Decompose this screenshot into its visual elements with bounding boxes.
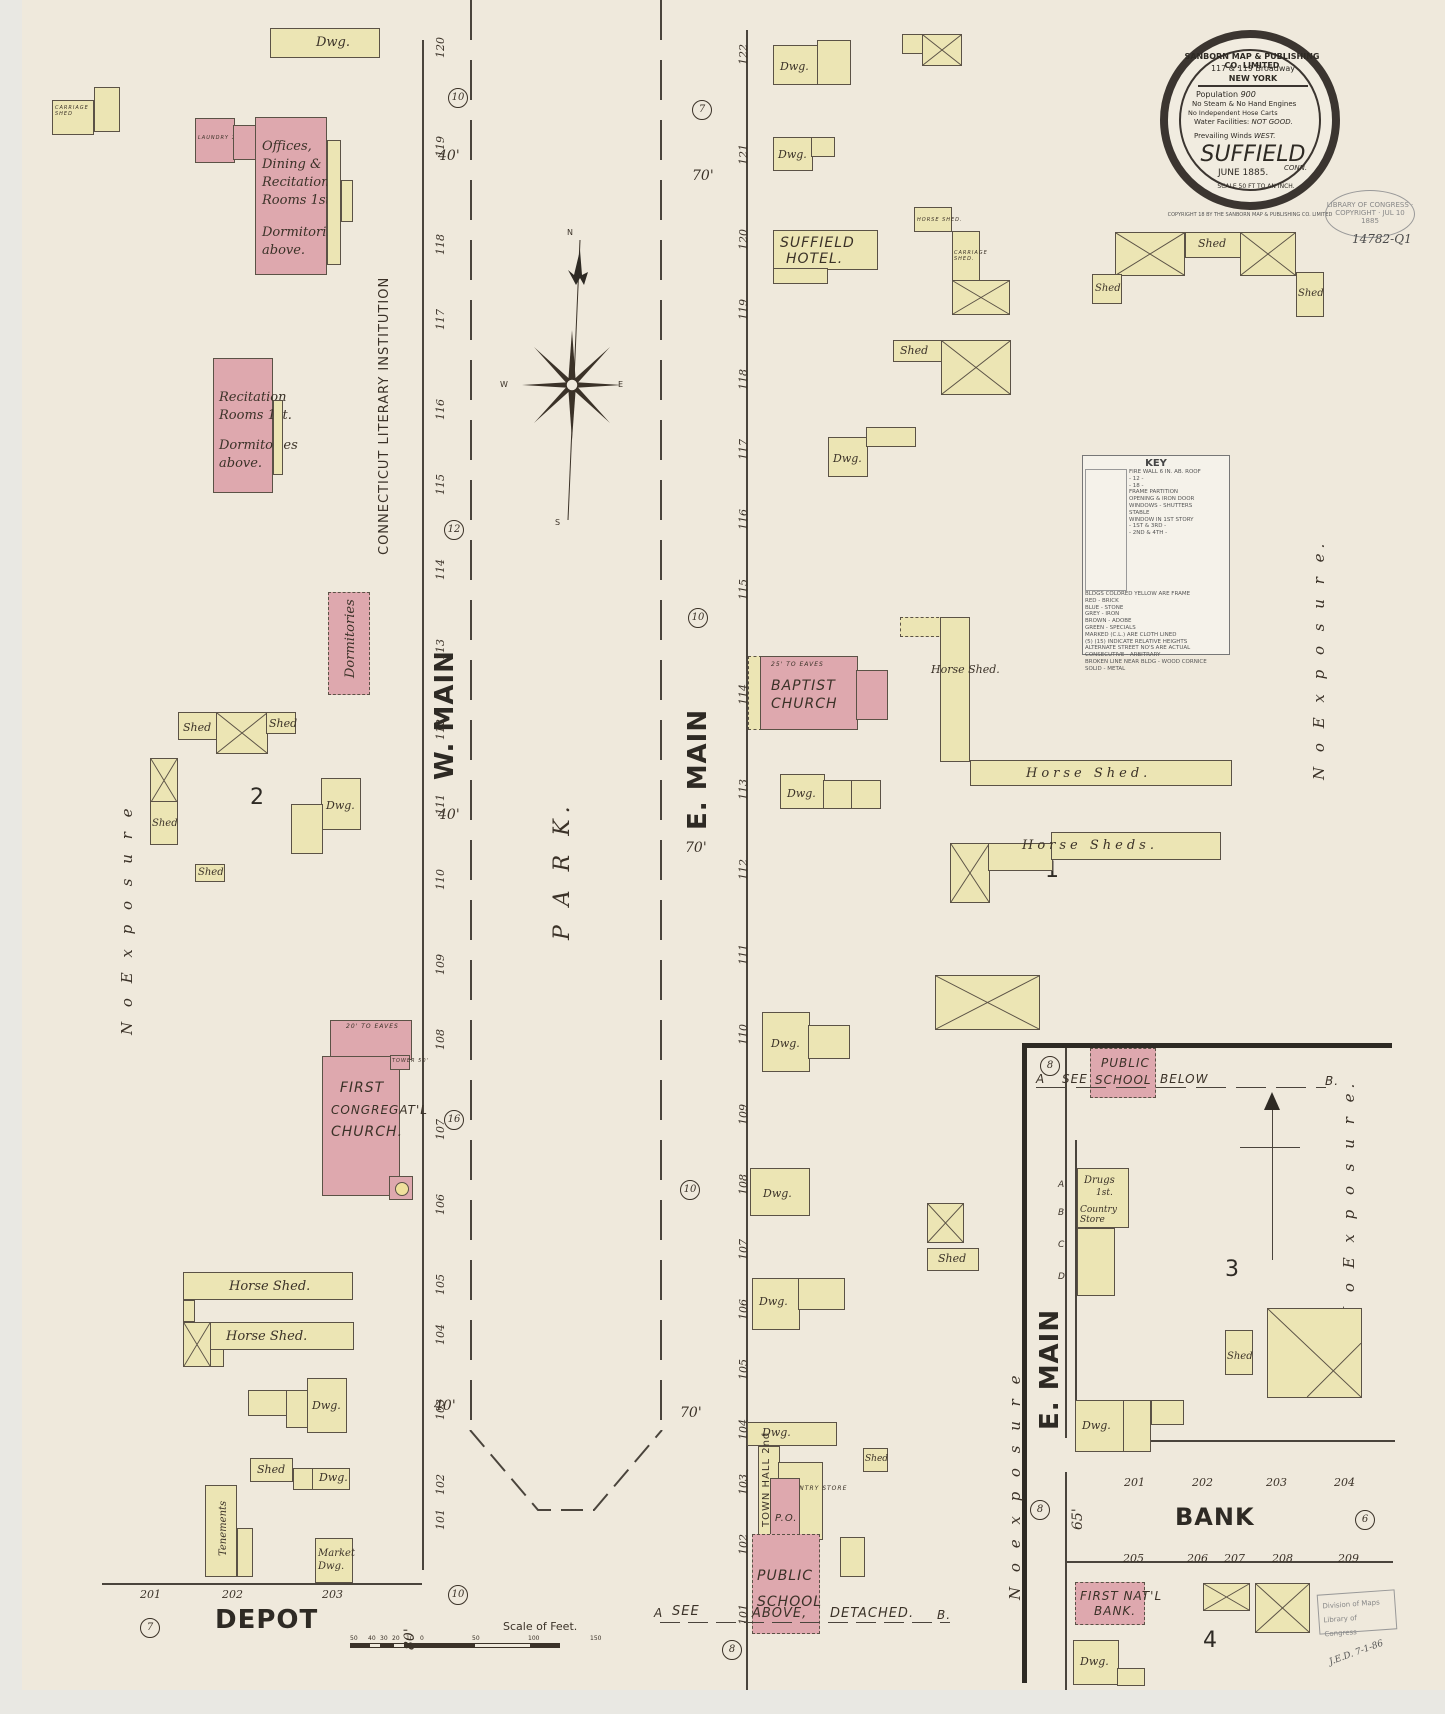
address-number: 114 — [434, 559, 447, 580]
building-public-school-inset: PUBLIC SCHOOL — [1090, 1048, 1156, 1098]
street-width: 65' — [1070, 1508, 1086, 1530]
building-shed: Shed — [863, 1448, 888, 1472]
address-number: 118 — [434, 234, 447, 255]
building-stable — [216, 712, 268, 754]
section-line-ab-bottom — [660, 1622, 950, 1623]
building-shed: Shed — [927, 1248, 979, 1271]
building-label: Horse Shed. — [226, 1329, 307, 1344]
building-dwelling: Dwg. — [773, 45, 818, 85]
building-label: Tenements — [218, 1501, 229, 1556]
building-stable — [941, 340, 1011, 395]
building-dwelling-wing — [1117, 1668, 1145, 1686]
building-carriage-shed: CARRIAGE SHED — [52, 100, 94, 135]
address-number: 107 — [737, 1239, 750, 1260]
building-label: Dwg. — [319, 1471, 348, 1484]
building-tenements: Tenements — [205, 1485, 237, 1577]
address-number: 206 — [1187, 1552, 1208, 1565]
inset-e-main-curb-south — [1065, 1472, 1067, 1690]
water-value: NOT GOOD. — [1252, 118, 1293, 126]
hydrant-circle: 10 — [680, 1180, 700, 1200]
scale-bar-segment — [370, 1644, 380, 1647]
park-label: P A R K. — [550, 800, 575, 940]
address-number: 102 — [737, 1534, 750, 1555]
building-porch — [341, 180, 353, 222]
address-number: 117 — [434, 309, 447, 330]
address-number: 103 — [737, 1474, 750, 1495]
street-label-e-main-inset: E. MAIN — [1035, 1309, 1065, 1430]
building-label: Store — [1080, 1215, 1117, 1225]
hotel-label-group: SUFFIELD HOTEL. — [780, 235, 855, 267]
key-row: BROKEN LINE NEAR BLDG - WOOD CORNICE — [1085, 659, 1227, 666]
section-note: ABOVE, — [752, 1606, 807, 1621]
population-value: 900 — [1241, 90, 1256, 99]
no-exposure-left: N o E x p o s u r e — [118, 803, 136, 1035]
address-number: 201 — [140, 1588, 161, 1601]
hose-carts-text: No Independent Hose Carts — [1188, 109, 1278, 117]
street-label-e-main: E. MAIN — [683, 709, 713, 830]
building-cigar-shop — [840, 1537, 865, 1577]
building-hotel-wing — [773, 268, 828, 284]
key-row: SOLID - METAL — [1085, 666, 1227, 673]
building-horse-shed: Horse Shed. — [210, 1322, 354, 1350]
building-stable — [1255, 1583, 1310, 1633]
key-row: BLUE - STONE — [1085, 605, 1227, 612]
key-row: WINDOW IN 1ST STORY — [1129, 517, 1227, 524]
hydrant-circle: 10 — [448, 1585, 468, 1605]
building-porch — [327, 140, 341, 265]
inset-label: D — [1058, 1272, 1066, 1282]
address-number: 113 — [434, 639, 447, 660]
block-number-3: 3 — [1225, 1257, 1239, 1282]
building-shed: Shed — [1225, 1330, 1253, 1375]
key-row: - 2ND & 4TH - — [1129, 530, 1227, 537]
building-label: Dormitories — [219, 437, 298, 455]
building-label: Dwg. — [763, 1187, 792, 1200]
address-number: 112 — [737, 859, 750, 880]
building-label: Dwg. — [759, 1295, 788, 1308]
address-number: 209 — [1338, 1552, 1359, 1565]
compass-n-label: N — [567, 228, 573, 237]
scale-bar-segment — [394, 1644, 404, 1647]
key-row: FRAME PARTITION — [1129, 489, 1227, 496]
building-stable — [950, 843, 990, 903]
stamp-line: Library of Congress — [1323, 1609, 1393, 1642]
building-label: Dwg. — [778, 148, 807, 161]
building-label: Dwg. — [316, 35, 350, 50]
building-dwelling-wing — [823, 780, 853, 809]
hydrant-circle: 7 — [140, 1618, 160, 1638]
building-label: CARRIAGE SHED — [55, 105, 93, 117]
key-row: CONSECUTIVE - ARBITRARY — [1085, 652, 1227, 659]
address-number: 113 — [737, 779, 750, 800]
building-label: Shed — [1095, 283, 1121, 294]
compass-w-label: W — [500, 380, 508, 389]
building-dwelling: Dwg. — [828, 437, 868, 477]
scale-tick: 100 — [528, 1635, 539, 1642]
building-label: Dwg. — [318, 1560, 355, 1573]
building-dwelling: Dwg. — [321, 778, 361, 830]
key-row: (5) (15) INDICATE RELATIVE HEIGHTS — [1085, 639, 1227, 646]
key-row: BLDGS COLORED YELLOW ARE FRAME — [1085, 591, 1227, 598]
building-label: Dwg. — [787, 787, 816, 800]
building-label: CARRIAGE SHED. — [954, 250, 980, 262]
park-south-end — [468, 1430, 664, 1520]
address-number: 115 — [737, 579, 750, 600]
population-row: Population 900 — [1196, 90, 1256, 99]
public-school-inset-label-group: PUBLIC SCHOOL — [1095, 1055, 1152, 1089]
address-number: 116 — [737, 509, 750, 530]
winds-row: Prevailing Winds WEST. — [1194, 132, 1275, 140]
section-marker-a: A — [654, 1606, 663, 1620]
park-east-edge — [660, 0, 662, 1440]
hydrant-circle: 8 — [1030, 1500, 1050, 1520]
address-number: 203 — [322, 1588, 343, 1601]
address-number: 103 — [434, 1399, 447, 1420]
key-row: FIRE WALL 6 IN. AB. ROOF — [1129, 469, 1227, 476]
building-label: TOWER 50' — [392, 1058, 429, 1064]
section-marker-b: B. — [937, 1608, 951, 1622]
building-label: Shed — [257, 1463, 285, 1476]
key-row: - 18 - — [1129, 483, 1227, 490]
building-label: CHURCH. — [331, 1121, 393, 1143]
building-first-national-bank: FIRST NAT'L BANK. — [1075, 1582, 1145, 1625]
address-number: 108 — [434, 1029, 447, 1050]
park-west-edge — [470, 0, 472, 1440]
key-text-column: FIRE WALL 6 IN. AB. ROOF - 12 - - 18 - F… — [1129, 469, 1227, 591]
address-number: 121 — [737, 144, 750, 165]
street-label-w-main: W. MAIN — [430, 650, 460, 780]
building-dwelling: Dwg. — [270, 28, 380, 58]
building-label: Recitation — [219, 389, 298, 407]
address-number: 208 — [1272, 1552, 1293, 1565]
building-porch — [273, 400, 283, 475]
state-name: CONN. — [1284, 164, 1307, 172]
hydrant-circle: 10 — [688, 608, 708, 628]
building-label: Dwg. — [771, 1037, 800, 1050]
building-cli-offices: Offices, Dining & Recitation Rooms 1st. … — [255, 117, 327, 275]
no-exposure-inset-right: N o E x p o s u r e. — [1340, 1079, 1358, 1320]
steeple-icon — [395, 1182, 409, 1196]
building-shed: Shed — [195, 864, 225, 882]
building-label: Shed — [198, 867, 224, 878]
building-label: Dwg. — [326, 799, 355, 812]
key-row: GREEN - SPECIALS — [1085, 625, 1227, 632]
address-number: 207 — [1224, 1552, 1245, 1565]
market-label-group: Market Dwg. — [318, 1547, 355, 1573]
building-shed: Shed — [150, 801, 178, 845]
building-post-office: P.O. — [770, 1478, 800, 1538]
building-label: CHURCH — [771, 695, 838, 713]
key-row: OPENING & IRON DOOR — [1129, 496, 1227, 503]
hydrant-circle: 8 — [722, 1640, 742, 1660]
compass-e-label: E — [618, 380, 623, 389]
address-number: 110 — [434, 869, 447, 890]
building-label: Dwg. — [1080, 1655, 1109, 1668]
building-label: Dwg. — [1082, 1419, 1111, 1432]
building-dwelling-wing — [248, 1390, 288, 1416]
street-width: 70' — [692, 168, 714, 184]
building-country-store-harness — [1077, 1228, 1115, 1296]
key-row: GREY - IRON — [1085, 611, 1227, 618]
building-church-apse — [856, 670, 888, 720]
copyright-text: COPYRIGHT 18 BY THE SANBORN MAP & PUBLIS… — [1150, 212, 1350, 218]
building-recitation-rooms: Recitation Rooms 1st. Dormitories above. — [213, 358, 273, 493]
map-date: JUNE 1885. — [1218, 168, 1268, 178]
building-carriage-shed: CARRIAGE SHED. — [952, 231, 980, 281]
cartouche-divider — [1198, 85, 1308, 87]
key-symbol-column — [1085, 469, 1127, 591]
scale-bar-graphic — [350, 1643, 560, 1648]
scale-tick: 50 — [472, 1635, 480, 1642]
building-dwelling: Dwg. — [762, 1012, 810, 1072]
building-label: CONGREGAT'L — [331, 1099, 393, 1121]
building-label: Drugs — [1084, 1175, 1115, 1187]
building-dwelling: Dwg. — [750, 1168, 810, 1216]
no-exposure-inset-left: N o e x p o s u r e — [1006, 1371, 1024, 1600]
address-number: 106 — [434, 1194, 447, 1215]
address-number: 202 — [1192, 1476, 1213, 1489]
address-number: 115 — [434, 474, 447, 495]
map-key-legend: KEY FIRE WALL 6 IN. AB. ROOF - 12 - - 18… — [1082, 455, 1230, 655]
library-received-stamp: LIBRARY OF CONGRESS · COPYRIGHT · JUL 10… — [1325, 190, 1415, 238]
building-laundry: LAUNDRY 1st — [195, 118, 235, 163]
building-label: Shed — [1298, 288, 1324, 299]
building-label: Horse Sheds. — [1022, 838, 1158, 853]
building-label: Shed — [938, 1252, 966, 1265]
address-number: 104 — [434, 1324, 447, 1345]
bank-label-group: FIRST NAT'L BANK. — [1080, 1589, 1162, 1619]
building-label: HOTEL. — [780, 251, 855, 267]
address-number: 120 — [434, 37, 447, 58]
address-number: 202 — [222, 1588, 243, 1601]
street-width: 70' — [685, 840, 707, 856]
building-stable — [1203, 1583, 1250, 1611]
inset-frame-top — [1022, 1043, 1392, 1048]
no-exposure-right: N o E x p o s u r e. — [1310, 539, 1328, 780]
hydrant-circle: 16 — [444, 1110, 464, 1130]
building-shed — [94, 87, 120, 132]
building-horse-shed-connector — [183, 1300, 195, 1322]
building-label: Dwg. — [833, 452, 862, 465]
building-horse-shed: Horse Shed. — [183, 1272, 353, 1300]
building-label: Shed — [1198, 237, 1226, 250]
section-marker-a: A — [1036, 1072, 1045, 1086]
building-label: Shed — [1227, 1351, 1253, 1362]
building-dwelling-wing — [811, 137, 835, 157]
block-number-4: 4 — [1203, 1628, 1217, 1653]
scale-bar-segment — [475, 1644, 530, 1647]
address-number: 116 — [434, 399, 447, 420]
building-label: Dwg. — [312, 1399, 341, 1412]
address-number: 204 — [1334, 1476, 1355, 1489]
building-label: FIRST — [331, 1077, 393, 1099]
country-store-label-group: Country Store — [1080, 1205, 1117, 1225]
building-label: Shed — [152, 818, 178, 829]
building-tower: TOWER 50' — [390, 1055, 410, 1070]
building-dwelling-wing — [1123, 1400, 1151, 1452]
building-label: Horse Shed. — [931, 663, 1000, 676]
block-number-2: 2 — [250, 785, 264, 810]
building-dwelling: Dwg. — [1073, 1640, 1119, 1685]
key-row: ALTERNATE STREET NO'S ARE ACTUAL — [1085, 645, 1227, 652]
handwritten-number: 14782-Q1 — [1352, 232, 1412, 246]
building-stable — [952, 280, 1010, 315]
population-label: Population — [1196, 90, 1238, 99]
section-line-ab-top — [1036, 1087, 1326, 1088]
key-row: MARKED (C.L.) ARE CLOTH LINED — [1085, 632, 1227, 639]
address-number: 109 — [737, 1104, 750, 1125]
north-arrow-icon — [1264, 1092, 1280, 1110]
section-note: DETACHED. — [830, 1606, 914, 1621]
street-width: 70' — [680, 1405, 702, 1421]
address-number: 105 — [434, 1274, 447, 1295]
building-dwelling-wing — [808, 1025, 850, 1059]
publisher-city: NEW YORK — [1208, 74, 1298, 83]
building-dormitories: Dormitories — [328, 592, 370, 695]
inset-north-arrow-shaft — [1272, 1100, 1273, 1260]
key-bottom-rows: BLDGS COLORED YELLOW ARE FRAME RED - BRI… — [1085, 591, 1227, 673]
building-label: SUFFIELD — [780, 235, 855, 251]
w-main-west-curb — [422, 40, 424, 1570]
hydrant-circle: 6 — [1355, 1510, 1375, 1530]
engines-text: No Steam & No Hand Engines — [1192, 100, 1296, 108]
building-dwelling-wing — [798, 1278, 845, 1310]
building-market-dwelling: Market Dwg. — [315, 1538, 353, 1583]
building-label: P.O. — [775, 1513, 797, 1524]
building-dwelling: Dwg. — [307, 1378, 347, 1433]
key-row: WINDOWS - SHUTTERS — [1129, 503, 1227, 510]
building-shed: Shed — [178, 712, 218, 740]
division-of-maps-stamp: Division of Maps Library of Congress — [1317, 1589, 1398, 1634]
scale-tick: 150 — [590, 1635, 601, 1642]
address-number: 111 — [737, 944, 750, 965]
drugs-label-group: Drugs 1st. — [1084, 1175, 1115, 1199]
institution-label: CONNECTICUT LITERARY INSTITUTION — [377, 277, 392, 555]
section-note: SEE — [672, 1604, 700, 1619]
winds-value: WEST. — [1254, 132, 1275, 140]
key-row: - 1ST & 3RD - — [1129, 523, 1227, 530]
winds-label: Prevailing Winds — [1194, 132, 1252, 140]
baptist-label-group: BAPTIST CHURCH — [771, 677, 838, 713]
building-shed: Shed — [1296, 272, 1324, 317]
address-number: 110 — [737, 1024, 750, 1045]
address-number: 101 — [434, 1509, 447, 1530]
recitation-label-group: Recitation Rooms 1st. Dormitories above. — [219, 389, 298, 473]
building-dwelling-wing — [291, 804, 323, 854]
building-dwelling-wing — [866, 427, 916, 447]
building-label: Horse Shed. — [229, 1279, 310, 1294]
building-dwelling-wing — [851, 780, 881, 809]
inset-label: C — [1058, 1240, 1065, 1250]
building-first-congregational-church: FIRST CONGREGAT'L CHURCH. — [322, 1056, 400, 1196]
building-church-front: 20' TO EAVES — [330, 1020, 412, 1060]
street-label-bank: BANK — [1175, 1503, 1255, 1531]
address-number: 120 — [737, 229, 750, 250]
building-label: PUBLIC — [757, 1563, 822, 1589]
address-number: 109 — [434, 954, 447, 975]
building-baptist-church: 25' TO EAVES BAPTIST CHURCH — [760, 656, 858, 730]
building-stable — [935, 975, 1040, 1030]
building-shed: Shed — [1185, 232, 1241, 258]
water-row: Water Facilities: NOT GOOD. — [1194, 118, 1293, 126]
address-number: 117 — [737, 439, 750, 460]
scale-tick: 40 — [368, 1635, 376, 1642]
church-label-group: FIRST CONGREGAT'L CHURCH. — [331, 1077, 393, 1143]
building-dwelling: Dwg. — [752, 1278, 800, 1330]
building-label: Country — [1080, 1205, 1117, 1215]
building-horse-shed: Horse Shed. — [940, 617, 970, 762]
publisher-address: 117 & 119 Broadway — [1208, 64, 1298, 73]
key-row: BROWN - ADOBE — [1085, 618, 1227, 625]
inset-label: A — [1058, 1180, 1065, 1190]
building-dwelling: Dwg. — [1075, 1400, 1125, 1452]
building-shed: Shed — [893, 340, 943, 362]
building-horse-shed-long: Horse Shed. — [970, 760, 1232, 786]
scale-tick: 50 — [350, 1635, 358, 1642]
compass-s-label: S — [555, 518, 560, 527]
building-suffield-hotel: SUFFIELD HOTEL. — [773, 230, 878, 270]
key-row: STABLE — [1129, 510, 1227, 517]
section-marker-b: B. — [1325, 1074, 1339, 1088]
building-label: 20' TO EAVES — [346, 1023, 399, 1030]
building-stable — [183, 1322, 211, 1367]
building-stable-large — [1267, 1308, 1362, 1398]
building-label: Dormitories — [343, 599, 358, 678]
scale-tick: 10 — [406, 1635, 414, 1642]
address-number: 201 — [1124, 1476, 1145, 1489]
building-shed: Shed — [266, 712, 296, 734]
building-stable — [1115, 232, 1185, 276]
map-scale-text: SCALE 50 FT TO AN INCH. — [1206, 183, 1306, 190]
inset-north-arrow-cross — [1240, 1147, 1300, 1148]
scale-tick: 0 — [420, 1635, 424, 1642]
building-label: Shed — [900, 344, 928, 357]
building-horse-sheds: Horse Sheds. — [1051, 832, 1221, 860]
scale-title: Scale of Feet. — [503, 1620, 577, 1633]
building-shed: Shed — [1092, 274, 1122, 304]
building-steeple — [389, 1176, 413, 1200]
key-row: - 12 - — [1129, 476, 1227, 483]
building-label: PUBLIC — [1095, 1055, 1152, 1072]
water-label: Water Facilities: — [1194, 118, 1249, 126]
building-stable — [922, 34, 962, 66]
address-number: 106 — [737, 1299, 750, 1320]
building-label: Market — [318, 1547, 355, 1560]
scale-tick: 30 — [380, 1635, 388, 1642]
building-label: above. — [219, 455, 298, 473]
building-dwelling: Dwg. — [773, 137, 813, 171]
building-drugs-store: Drugs 1st. Country Store — [1077, 1168, 1129, 1228]
inset-label: B — [1058, 1208, 1065, 1218]
street-label-depot: DEPOT — [215, 1605, 318, 1635]
section-note: SEE — [1062, 1072, 1088, 1086]
building-label: FIRST NAT'L — [1080, 1589, 1162, 1604]
address-number: 118 — [737, 369, 750, 390]
address-number: 112 — [434, 719, 447, 740]
building-label: Shed — [183, 721, 211, 734]
building-label: Horse Shed. — [1026, 766, 1151, 781]
address-number: 119 — [434, 136, 447, 157]
address-number: 111 — [434, 794, 447, 815]
building-label: 1st. — [1084, 1187, 1115, 1199]
building-stable — [150, 758, 178, 803]
title-cartouche: SANBORN MAP & PUBLISHING CO. LIMITED 117… — [1160, 30, 1340, 210]
building-dwelling-wing — [293, 1468, 313, 1490]
address-number: 205 — [1123, 1552, 1144, 1565]
building-shed: Shed — [250, 1458, 293, 1482]
building-label: HORSE SHED. — [917, 217, 963, 223]
building-cigars — [237, 1528, 253, 1577]
